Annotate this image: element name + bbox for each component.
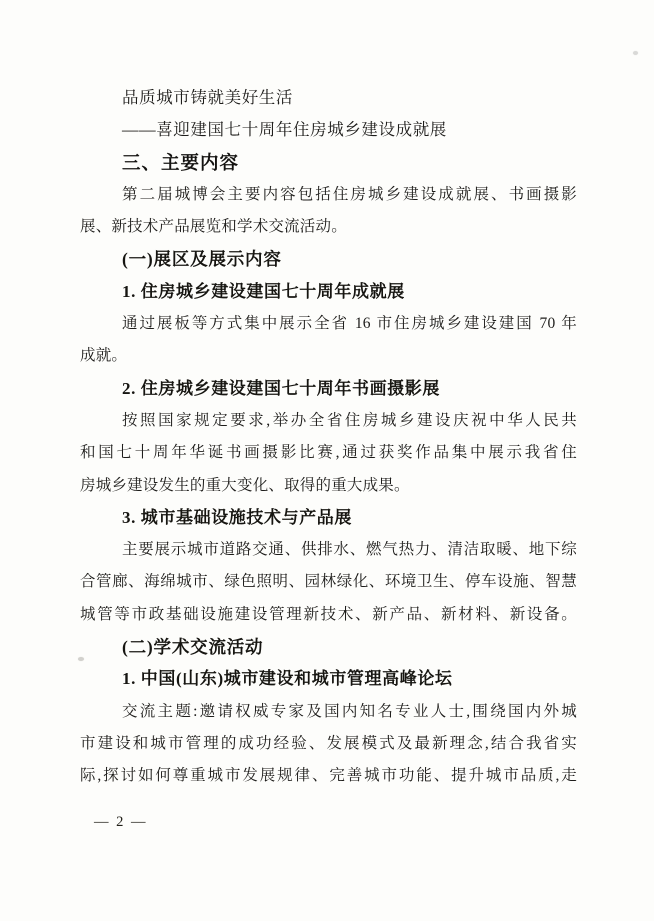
body-text-line: 按照国家规定要求,举办全省住房城乡建设庆祝中华人民共	[80, 405, 577, 437]
body-text-line: 市建设和城市管理的成功经验、发展模式及最新理念,结合我省实	[80, 728, 577, 760]
subsection-heading: (二)学术交流活动	[80, 631, 577, 663]
body-text-line: 和国七十周年华诞书画摄影比赛,通过获奖作品集中展示我省住	[80, 437, 577, 469]
body-text-line: 通过展板等方式集中展示全省 16 市住房城乡建设建国 70 年	[80, 308, 577, 340]
body-text-line: 交流主题:邀请权威专家及国内知名专业人士,围绕国内外城	[80, 696, 577, 728]
body-text-line: 主要展示城市道路交通、供排水、燃气热力、清洁取暖、地下综	[80, 534, 577, 566]
body-text-line: 第二届城博会主要内容包括住房城乡建设成就展、书画摄影	[80, 179, 577, 211]
scan-speck	[78, 657, 84, 661]
section-heading: 三、主要内容	[80, 147, 577, 179]
numbered-heading: 2. 住房城乡建设建国七十周年书画摄影展	[80, 373, 577, 405]
title-line: 品质城市铸就美好生活	[80, 82, 577, 114]
body-text-line: 展、新技术产品展览和学术交流活动。	[80, 211, 577, 243]
body-text-line: 际,探讨如何尊重城市发展规律、完善城市功能、提升城市品质,走	[80, 760, 577, 792]
scan-speck	[633, 51, 638, 55]
numbered-heading: 1. 住房城乡建设建国七十周年成就展	[80, 276, 577, 308]
body-text-line: 房城乡建设发生的重大变化、取得的重大成果。	[80, 470, 577, 502]
document-body: 品质城市铸就美好生活——喜迎建国七十周年住房城乡建设成就展三、主要内容第二届城博…	[80, 82, 577, 793]
numbered-heading: 1. 中国(山东)城市建设和城市管理高峰论坛	[80, 663, 577, 695]
page-number: — 2 —	[94, 812, 148, 832]
scanned-document-page: 品质城市铸就美好生活——喜迎建国七十周年住房城乡建设成就展三、主要内容第二届城博…	[0, 0, 654, 921]
subsection-heading: (一)展区及展示内容	[80, 243, 577, 275]
body-text-line: 成就。	[80, 340, 577, 372]
title-line: ——喜迎建国七十周年住房城乡建设成就展	[80, 114, 577, 146]
body-text-line: 城管等市政基础设施建设管理新技术、新产品、新材料、新设备。	[80, 599, 577, 631]
body-text-line: 合管廊、海绵城市、绿色照明、园林绿化、环境卫生、停车设施、智慧	[80, 566, 577, 598]
numbered-heading: 3. 城市基础设施技术与产品展	[80, 502, 577, 534]
